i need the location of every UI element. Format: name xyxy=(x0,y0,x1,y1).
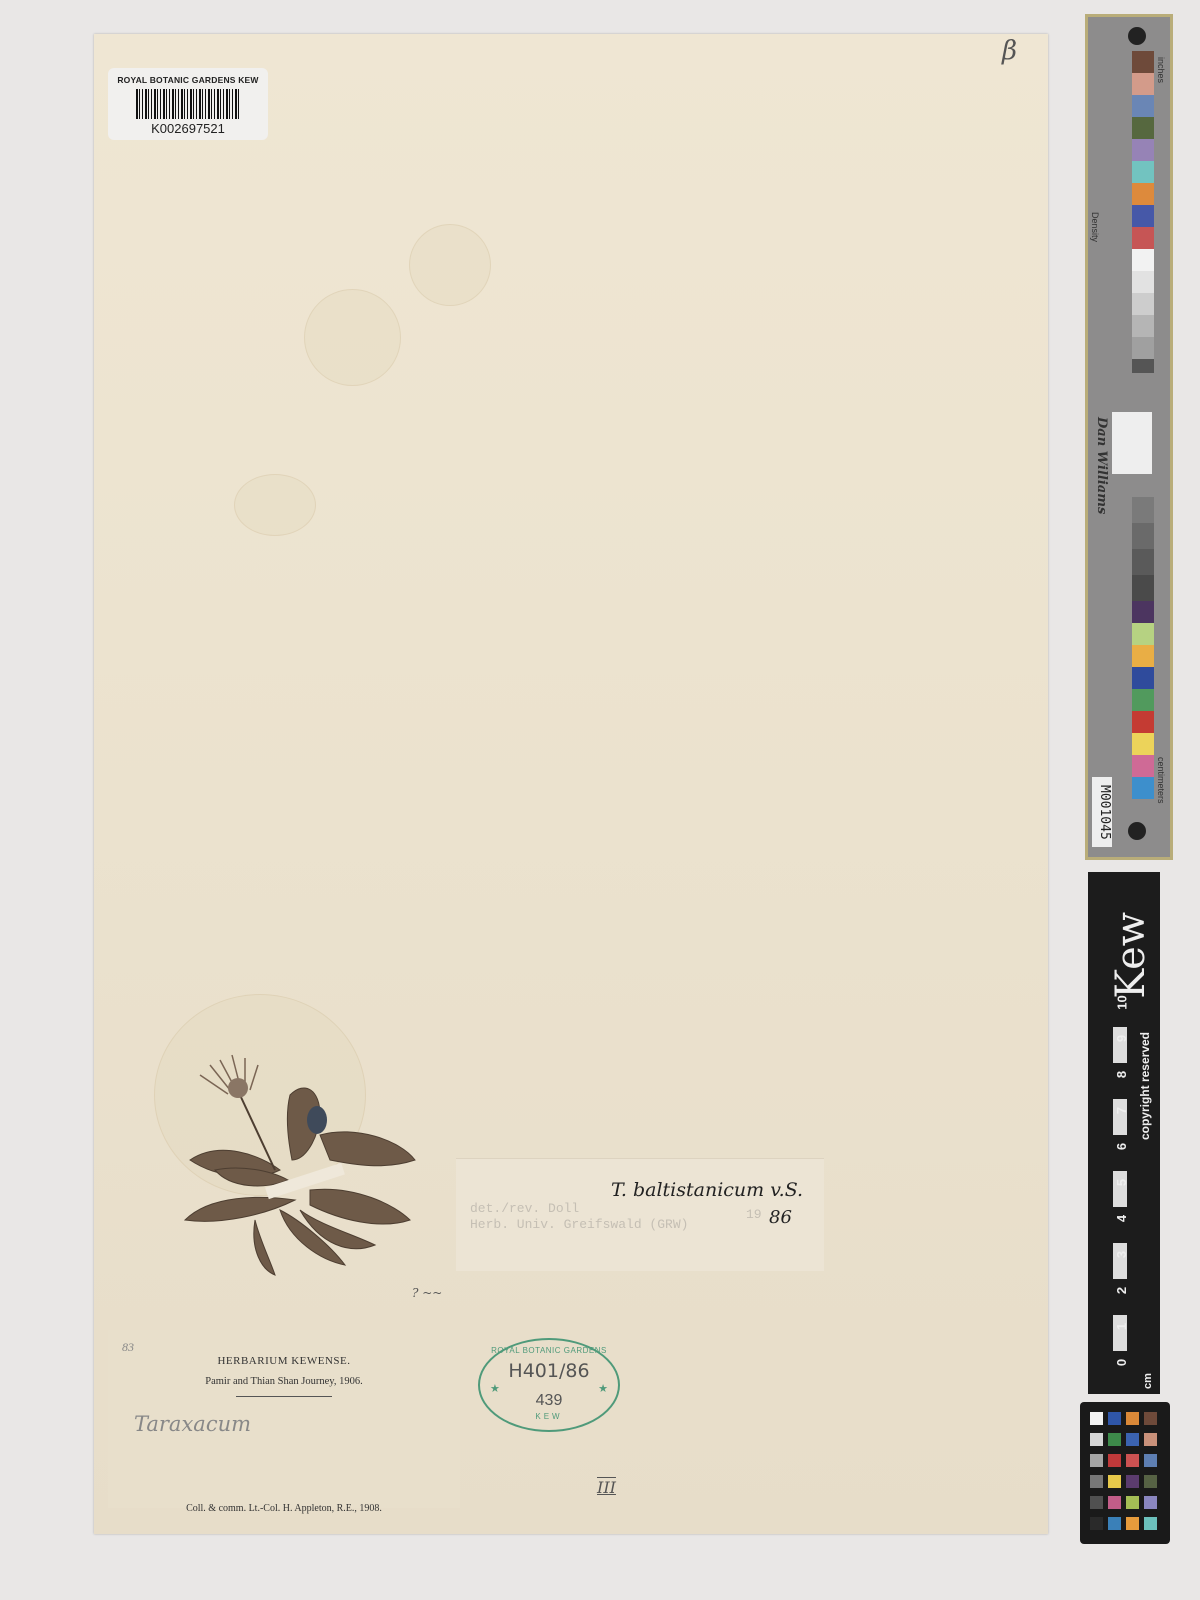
scale-digit: 5 xyxy=(1114,1179,1129,1186)
scale-digit: 1 xyxy=(1114,1323,1129,1330)
grey-patch xyxy=(1132,337,1154,359)
color-patch xyxy=(1132,227,1154,249)
checker-patch xyxy=(1126,1517,1139,1530)
color-calibration-bar: inches Density Dan Williams centimeters … xyxy=(1085,14,1173,860)
color-patch xyxy=(1132,777,1154,799)
water-stain xyxy=(409,224,491,306)
scale-digit: 8 xyxy=(1114,1071,1129,1078)
color-patch xyxy=(1132,623,1154,645)
color-patch xyxy=(1132,601,1154,623)
checker-patch xyxy=(1144,1412,1157,1425)
color-patch xyxy=(1132,755,1154,777)
scale-digit: 10 xyxy=(1115,995,1130,1009)
determination-year: 86 xyxy=(769,1207,792,1228)
scale-segment xyxy=(1113,1243,1127,1279)
color-patch xyxy=(1132,689,1154,711)
scale-segment xyxy=(1113,1027,1127,1063)
checker-patch xyxy=(1126,1454,1139,1467)
label-subtitle: Pamir and Thian Shan Journey, 1906. xyxy=(108,1376,460,1387)
kew-logo: Kew xyxy=(1108,912,1154,999)
stamp-arc-text: ROYAL BOTANIC GARDENS xyxy=(480,1346,618,1355)
pencil-note: ? ~~ xyxy=(412,1286,442,1300)
scale-unit: cm xyxy=(1142,1373,1154,1389)
checker-patch xyxy=(1108,1412,1121,1425)
stamp-accession: H401/86 xyxy=(480,1360,618,1382)
scale-digit: 3 xyxy=(1114,1251,1129,1258)
determination-name: T. baltistanicum v.S. xyxy=(611,1179,803,1201)
hole-icon xyxy=(1128,27,1146,45)
color-patch xyxy=(1132,95,1154,117)
checker-patch xyxy=(1144,1496,1157,1509)
barcode-number: K002697521 xyxy=(108,121,268,136)
grey-patch xyxy=(1132,359,1154,373)
color-patch xyxy=(1132,73,1154,95)
kew-scale-bar: Kew copyright reserved 0 1 2 3 4 5 6 7 8… xyxy=(1088,872,1160,1394)
plant-specimen xyxy=(170,1020,430,1280)
checker-patch xyxy=(1090,1433,1103,1446)
herbarium-label: 83 HERBARIUM KEWENSE. Pamir and Thian Sh… xyxy=(108,1330,460,1508)
scale-digit: 9 xyxy=(1114,1035,1129,1042)
scale-digit: 0 xyxy=(1114,1359,1129,1366)
label-collector: Coll. & comm. Lt.-Col. H. Appleton, R.E.… xyxy=(108,1503,460,1514)
water-stain xyxy=(234,474,316,536)
checker-patch xyxy=(1144,1433,1157,1446)
barcode-icon xyxy=(136,89,240,119)
copyright-text: copyright reserved xyxy=(1138,1032,1152,1140)
grey-patch xyxy=(1132,575,1154,601)
scale-digit: 4 xyxy=(1114,1215,1129,1222)
determination-slip: T. baltistanicum v.S. det./rev. Doll Her… xyxy=(456,1158,824,1271)
color-patch xyxy=(1132,117,1154,139)
color-patch xyxy=(1132,205,1154,227)
checker-patch xyxy=(1090,1454,1103,1467)
scale-digit: 7 xyxy=(1114,1107,1129,1114)
checker-patch xyxy=(1090,1517,1103,1530)
label-genus: Taraxacum xyxy=(134,1412,251,1436)
grey-patch xyxy=(1132,523,1154,549)
checker-patch xyxy=(1108,1433,1121,1446)
checker-patch xyxy=(1108,1475,1121,1488)
checker-patch xyxy=(1108,1454,1121,1467)
scale-segment xyxy=(1113,1315,1127,1351)
kew-stamp: ROYAL BOTANIC GARDENS H401/86 ★ ★ 439 KE… xyxy=(478,1338,620,1432)
scale-segment xyxy=(1113,1171,1127,1207)
barcode-org: ROYAL BOTANIC GARDENS KEW xyxy=(108,75,268,85)
hole-icon xyxy=(1128,822,1146,840)
herbarium-sheet xyxy=(94,34,1048,1534)
checker-patch xyxy=(1090,1496,1103,1509)
barcode-label: ROYAL BOTANIC GARDENS KEW K002697521 xyxy=(108,68,268,140)
label-title: HERBARIUM KEWENSE. xyxy=(108,1355,460,1367)
mini-target xyxy=(1112,412,1152,474)
color-patch xyxy=(1132,711,1154,733)
scale-segment xyxy=(1113,1099,1127,1135)
checker-patch xyxy=(1108,1496,1121,1509)
checker-patch xyxy=(1126,1412,1139,1425)
label-number-mark: 83 xyxy=(122,1340,134,1355)
scale-digit: 6 xyxy=(1114,1143,1129,1150)
color-patch xyxy=(1132,139,1154,161)
grey-patch xyxy=(1132,549,1154,575)
checker-patch xyxy=(1144,1517,1157,1530)
checker-patch xyxy=(1126,1475,1139,1488)
determination-typed-2: Herb. Univ. Greifswald (GRW) xyxy=(470,1217,688,1232)
centimeters-label: centimeters xyxy=(1156,757,1166,804)
stamp-number: 439 xyxy=(480,1392,618,1410)
water-stain xyxy=(304,289,401,386)
grey-patch xyxy=(1132,249,1154,271)
label-divider xyxy=(236,1396,332,1397)
checker-patch xyxy=(1126,1433,1139,1446)
checker-patch xyxy=(1126,1496,1139,1509)
determination-year-prefix: 19 xyxy=(746,1207,762,1222)
scale-digit: 2 xyxy=(1114,1287,1129,1294)
stamp-kew: KEW xyxy=(480,1412,618,1421)
color-checker xyxy=(1080,1402,1170,1544)
checker-patch xyxy=(1090,1475,1103,1488)
determination-typed-1: det./rev. Doll xyxy=(470,1201,579,1216)
inches-label: inches xyxy=(1156,57,1166,83)
color-patch xyxy=(1132,667,1154,689)
grey-patch xyxy=(1132,315,1154,337)
color-patch xyxy=(1132,51,1154,73)
density-label: Density xyxy=(1090,212,1100,242)
grey-patch xyxy=(1132,271,1154,293)
checker-patch xyxy=(1144,1475,1157,1488)
checker-patch xyxy=(1090,1412,1103,1425)
bottom-mark: III xyxy=(597,1478,616,1497)
color-patch xyxy=(1132,645,1154,667)
brand-name: Dan Williams xyxy=(1094,417,1109,514)
grey-patch xyxy=(1132,497,1154,523)
checker-patch xyxy=(1144,1454,1157,1467)
color-patch xyxy=(1132,183,1154,205)
color-bar-id: M001045 xyxy=(1092,777,1112,847)
color-patch xyxy=(1132,161,1154,183)
corner-mark: β xyxy=(1002,36,1017,66)
color-patch xyxy=(1132,733,1154,755)
grey-patch xyxy=(1132,293,1154,315)
checker-patch xyxy=(1108,1517,1121,1530)
